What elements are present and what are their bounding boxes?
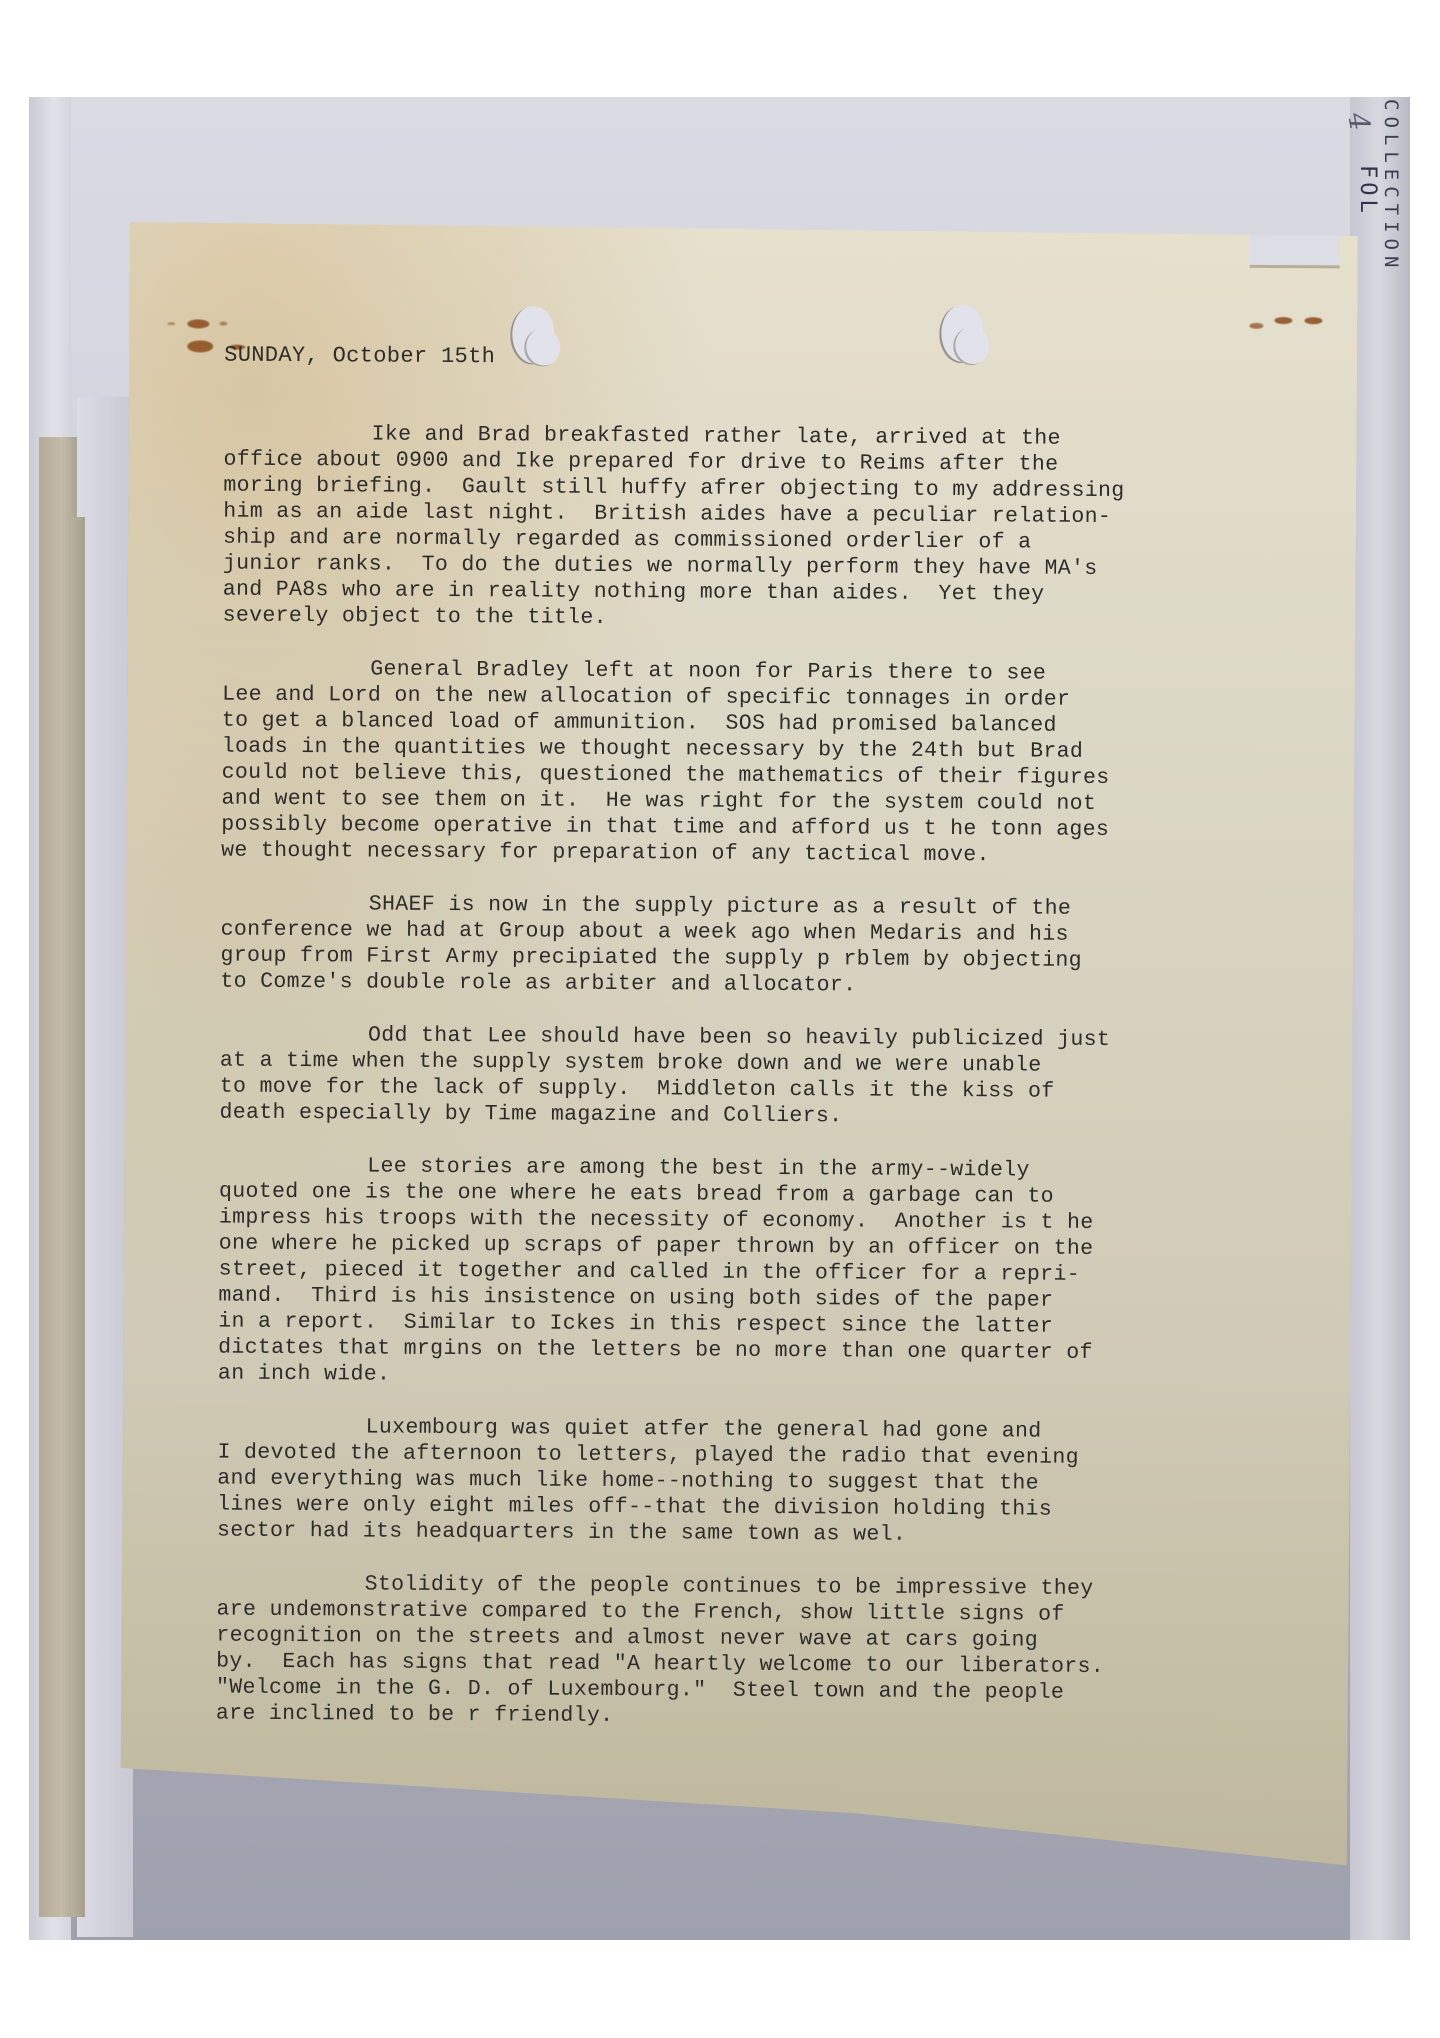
rust-stain [187,319,209,328]
rust-stain [1274,317,1292,324]
text-line: death especially by Time magazine and Co… [219,1100,1319,1133]
paragraph-6: Luxembourg was quiet atfer the general h… [217,1414,1318,1551]
diary-page: SUNDAY, October 15th Ike and Brad breakf… [120,222,1358,1865]
rust-stain [219,322,227,326]
folder-collection-label: COLLECTION [1374,99,1408,359]
date-heading: SUNDAY, October 15th [224,343,1324,376]
paragraph-4: Odd that Lee should have been so heavily… [219,1022,1320,1133]
paragraph-1: Ike and Brad breakfasted rather late, ar… [223,421,1324,636]
paragraph-7: Stolidity of the people continues to be … [216,1571,1317,1734]
rust-stain [187,340,213,352]
rust-stain [1304,317,1322,324]
rust-stain [1249,323,1263,329]
paragraph-3: SHAEF is now in the supply picture as a … [220,891,1321,1002]
text-line: we thought necessary for preparation of … [221,838,1321,871]
torn-tab-cutout [1250,225,1340,269]
rust-stain [167,322,175,325]
paragraph-2: General Bradley left at noon for Paris t… [221,656,1322,871]
text-line: are inclined to be r friendly. [216,1701,1316,1734]
text-line: sector had its headquarters in the same … [217,1518,1317,1551]
handwritten-folder-number: 4 [1341,110,1377,133]
folder-edge: COLLECTION FOL 4 [1350,97,1410,1940]
document-photo: COLLECTION FOL 4 SUNDAY, October 15th Ik… [29,97,1410,1940]
stacked-sheet-edge-dark [71,517,85,1917]
typed-text-body: SUNDAY, October 15th Ike and Brad breakf… [216,343,1325,1761]
folder-fol-label: FOL [1355,165,1380,217]
text-line: to Comze's double role as arbiter and al… [220,969,1320,1002]
text-line: severely object to the title. [223,603,1323,636]
paragraph-5: Lee stories are among the best in the ar… [218,1153,1319,1394]
text-line: an inch wide. [218,1361,1318,1394]
